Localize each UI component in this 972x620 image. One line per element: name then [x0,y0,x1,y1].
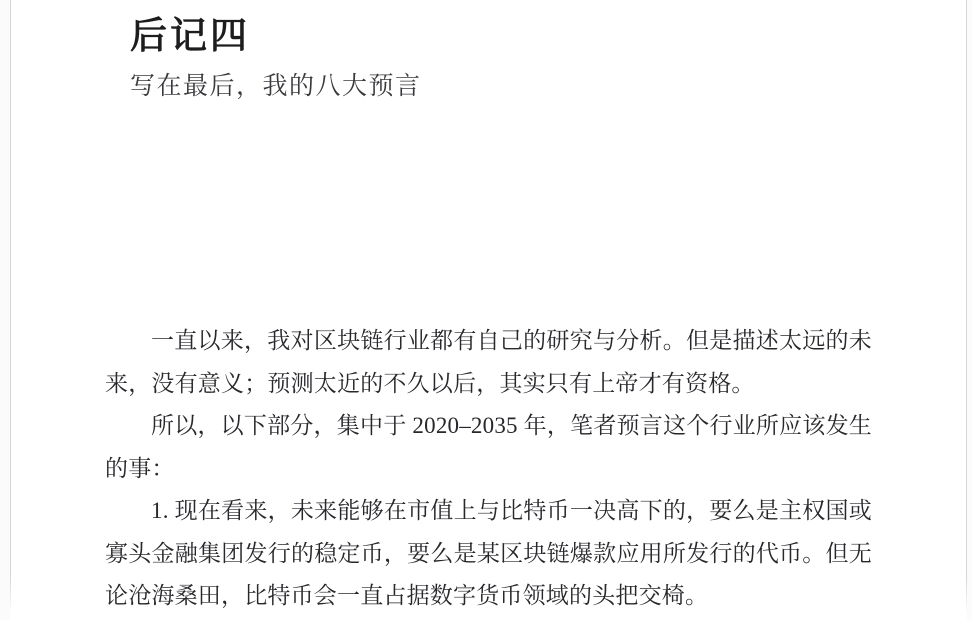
outside-page-area-right [967,0,972,620]
outside-page-area-left [0,0,10,620]
chapter-subtitle: 写在最后，我的八大预言 [130,70,422,103]
paragraph: 1. 现在看来，未来能够在市值上与比特币一决高下的，要么是主权国或寡头金融集团发… [105,490,872,618]
paragraph: 所以，以下部分，集中于 2020–2035 年，笔者预言这个行业所应该发生的事： [105,405,872,490]
body-text: 一直以来，我对区块链行业都有自己的研究与分析。但是描述太远的未来，没有意义；预测… [105,320,872,618]
page-edge-left [10,0,11,614]
document-page: 后记四 写在最后，我的八大预言 一直以来，我对区块链行业都有自己的研究与分析。但… [0,0,972,620]
page-edge-right [966,0,967,614]
chapter-title: 后记四 [130,14,250,58]
paragraph: 一直以来，我对区块链行业都有自己的研究与分析。但是描述太远的未来，没有意义；预测… [105,320,872,405]
